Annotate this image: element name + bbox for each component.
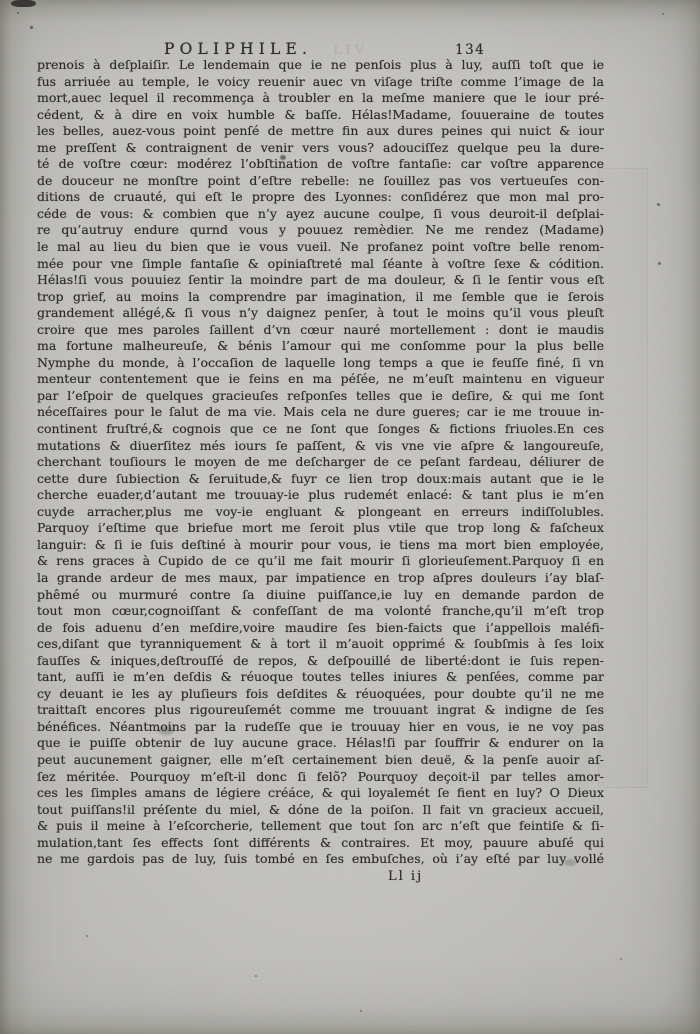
text-line: traittaſt encores plus rigoureuſemét com… [37,702,604,719]
ink-speck [657,203,660,206]
text-line: par l’eſpoir de quelques gracieuſes reſp… [37,388,604,405]
text-line: ces les ſimples amans de légiere créáce,… [37,785,604,802]
text-line: néceſſaires pour le ſalut de ma vie. Mai… [37,404,604,421]
text-block: prenois à deſplaiſir. Le lendemain que i… [37,57,604,868]
text-line: & puis il meine à l’eſcorcherie, telleme… [37,818,604,835]
text-line: fauſſes & iniques,deſtrouſſé de repos, &… [37,653,604,670]
text-line: grandement allégé,& ſi vous n’y daignez … [37,305,604,322]
text-line: mulation,tant ſes effects ſont différent… [37,835,604,852]
text-line: ſez méritée. Pourquoy m’eſt-il donc ſi f… [37,769,604,786]
text-line: ces,diſant que tyranniquement & à tort i… [37,636,604,653]
text-line: bénéfices. Néantmoins par la rudeſſe que… [37,719,604,736]
book-page-scan: LIV POLIPHILE. 134 prenois à deſplaiſir.… [0,0,700,1034]
text-line: croire que mes paroles ſaillent d’vn cœu… [37,322,604,339]
text-line: ma fortune malheureuſe, & bénis l’amour … [37,338,604,355]
text-line: mort,auec lequel il recommença à trouble… [37,90,604,107]
text-line: de douceur ne monſtre point d’eſtre rebe… [37,173,604,190]
ink-speck [17,12,19,14]
text-line: de fois aduenu d’en meſdire,voire maudir… [37,620,604,637]
text-line: té de voſtre cœur: modérez l’obſtination… [37,156,604,173]
text-line: que ie puiſſe obtenir de luy aucune grac… [37,735,604,752]
text-line: me preſſent & contraignent de venir vers… [37,140,604,157]
ink-speck [658,262,661,265]
text-line: le mal au lieu du bien que ie vous vueil… [37,239,604,256]
text-line: cherchant touſiours le moyen de me deſch… [37,454,604,471]
text-line: cuyde arracher,plus me voy-ie engluant &… [37,504,604,521]
text-line: menteur contentement que ie feins en ma … [37,371,604,388]
text-line: languir: & ſi ie ſuis deſtiné à mourir p… [37,537,604,554]
signature-mark: Ll ij [388,869,423,884]
text-line: tant, auſſi ie m’en deſdis & réuoque tou… [37,669,604,686]
text-line: Hélas!ſi vous pouuiez ſentir la moindre … [37,272,604,289]
text-line: re qu’autruy endure qurnd vous y pouuez … [37,222,604,239]
text-line: peut aucunement gaigner, elle m’eſt cert… [37,752,604,769]
page-number: 134 [455,42,485,58]
text-line: Nymphe du monde, à l’occaſion de laquell… [37,355,604,372]
text-line: cédent, & à dire en voix humble & baſſe.… [37,107,604,124]
text-line: céde de vous: & combien que n’y ayez auc… [37,206,604,223]
running-header: POLIPHILE. [164,40,312,58]
text-line: & rens graces à Cupido de ce qu’il me fa… [37,553,604,570]
text-line: cy deuant ie les ay pluſieurs fois deſdi… [37,686,604,703]
text-line: ne me gardois pas de luy, ſuis tombé en … [37,851,604,868]
text-line: les belles, auez-vous point penſé de met… [37,123,604,140]
text-line: trop grief, au moins la comprendre par i… [37,289,604,306]
text-line: mée pour vne ſimple fantaſie & opiniaſtr… [37,256,604,273]
ink-speck [30,26,33,29]
ink-speck [360,1010,362,1012]
text-line: ditions de cruauté, qui eſt le propre de… [37,189,604,206]
text-line: mutations & diuerſitez més iours ſe paſſ… [37,438,604,455]
text-line: fus arriuée au temple, le voicy reuenir … [37,74,604,91]
text-line: phêmé ou murmuré contre ſa diuine puiſſa… [37,587,604,604]
ink-speck [255,975,257,977]
verso-showthrough-text: LIV [333,43,368,58]
text-line: prenois à deſplaiſir. Le lendemain que i… [37,57,604,74]
text-line: tout mon cœur,cognoiſſant & confeſſant d… [37,603,604,620]
ink-speck [620,958,622,960]
ink-speck [662,13,664,15]
text-line: tout puiſſans!il préſente du miel, & dón… [37,802,604,819]
text-line: la grande ardeur de mes maux, par impati… [37,570,604,587]
ink-speck [11,0,36,7]
ink-speck [86,935,88,937]
text-line: Parquoy i’eſtime que briefue mort me ſer… [37,520,604,537]
text-line: cherche euader,d’autant me trouuay-ie pl… [37,487,604,504]
text-line: continent fruſtré,& cognois que ce ne ſo… [37,421,604,438]
text-line: cette dure ſubiection & ſeruitude,& fuyr… [37,471,604,488]
verso-showthrough-rect [598,168,648,788]
